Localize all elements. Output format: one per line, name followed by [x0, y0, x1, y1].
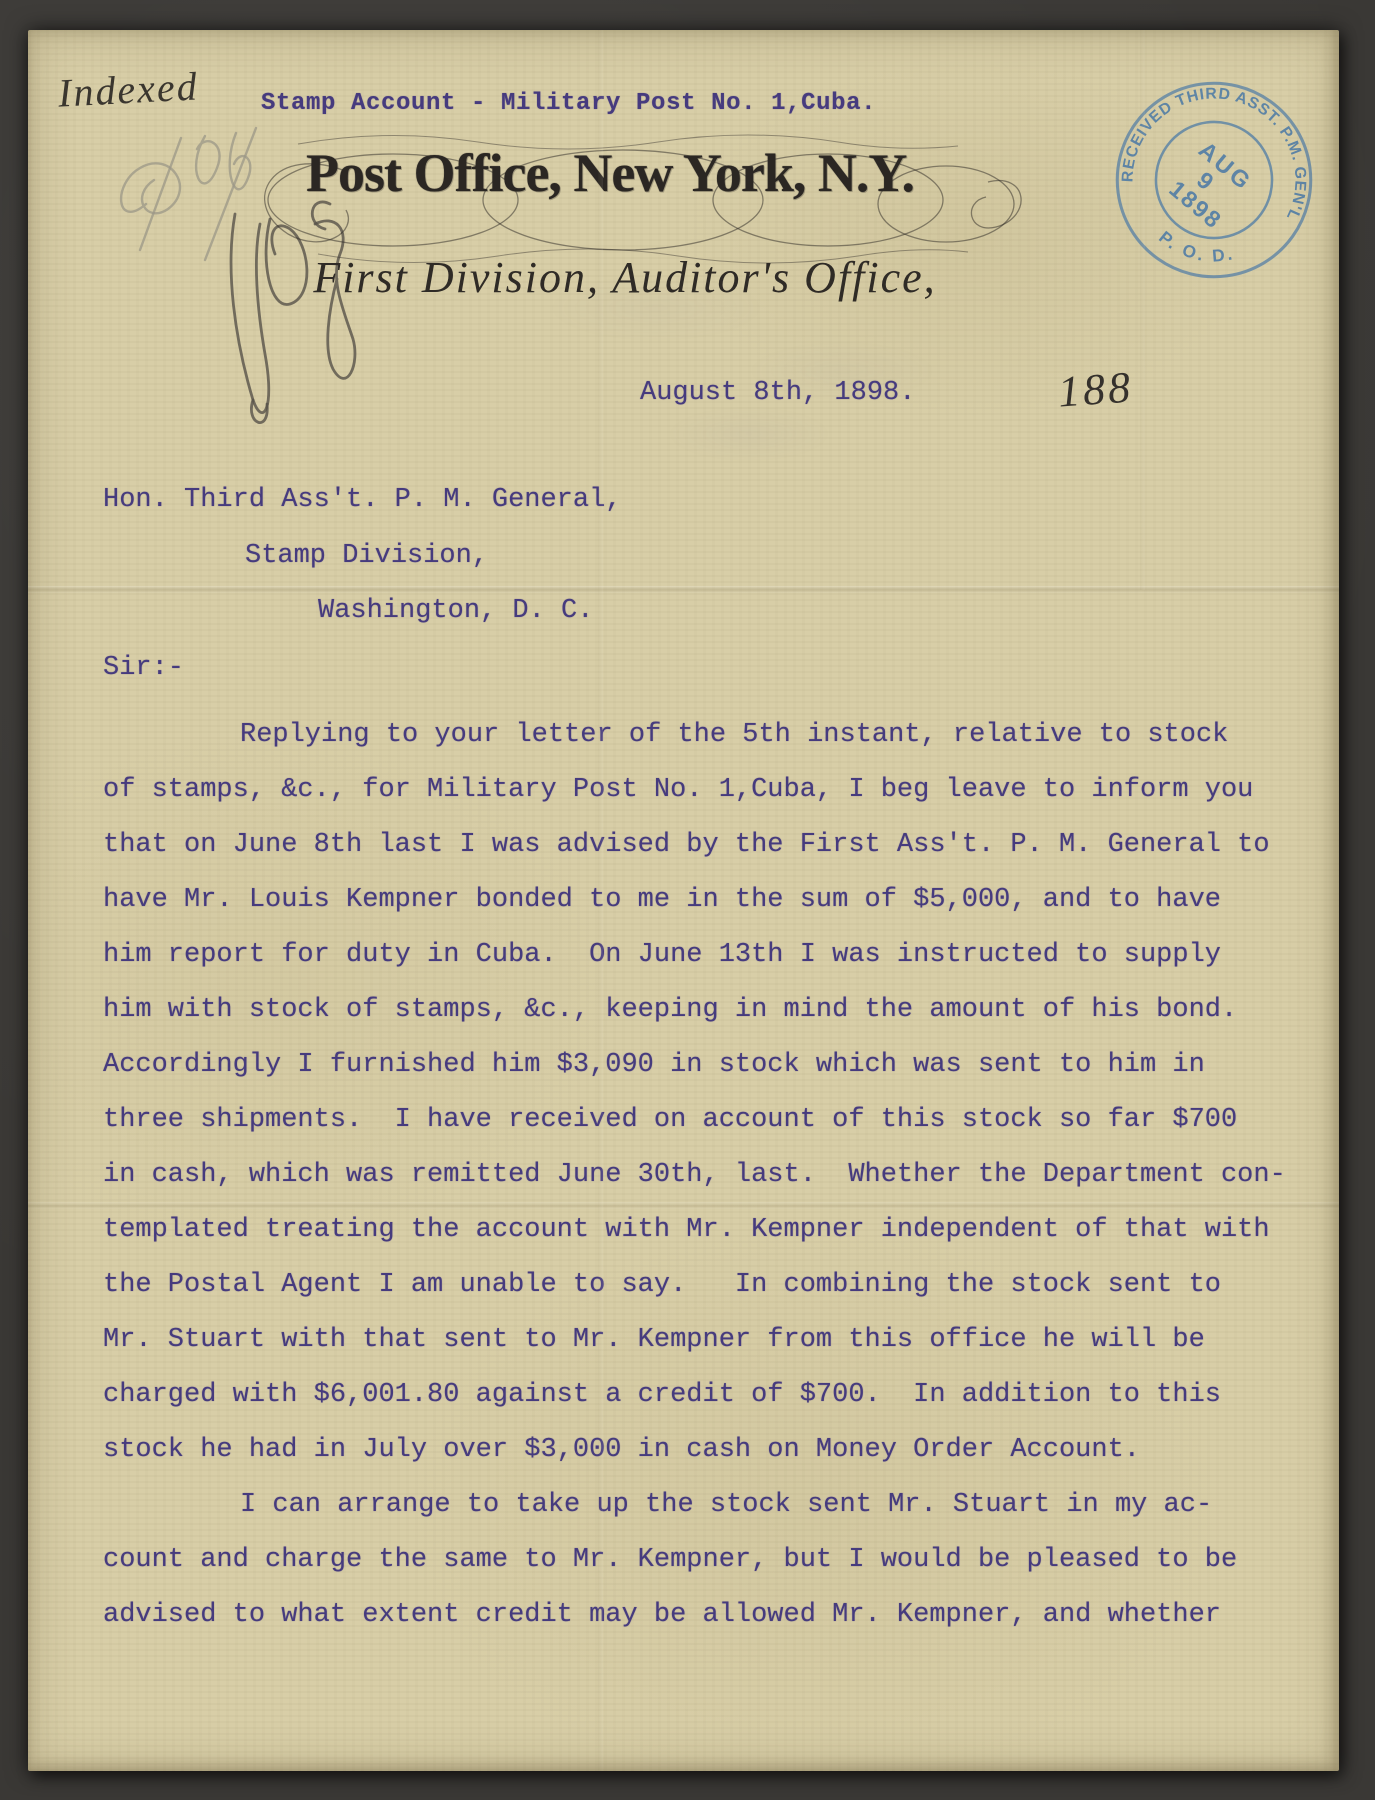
typed-line: three shipments. I have received on acco… [103, 1093, 1318, 1148]
letter-paper: Indexed Stamp Account - Military Post No… [28, 30, 1339, 1771]
recipient-line-3: Washington, D. C. [318, 596, 593, 626]
typed-line: templated treating the account with Mr. … [103, 1203, 1318, 1258]
fold-crease-horizontal-upper [28, 586, 1339, 593]
subject-line: Stamp Account - Military Post No. 1,Cuba… [261, 90, 876, 117]
typed-line: charged with $6,001.80 against a credit … [103, 1368, 1318, 1423]
typed-line: that on June 8th last I was advised by t… [103, 818, 1318, 873]
typed-line: Replying to your letter of the 5th insta… [103, 708, 1318, 763]
salutation: Sir:- [103, 653, 184, 683]
typed-line: I can arrange to take up the stock sent … [103, 1478, 1318, 1533]
typed-line: stock he had in July over $3,000 in cash… [103, 1423, 1318, 1478]
date-line: August 8th, 1898. [640, 378, 915, 408]
recipient-line-2: Stamp Division, [245, 541, 488, 571]
typed-line: Accordingly I furnished him $3,090 in st… [103, 1038, 1318, 1093]
year-blank: 188 [1056, 361, 1134, 417]
scan-background: { "colors": { "paper": "#d8cea7", "backg… [0, 0, 1375, 1800]
letterhead-subtitle: First Division, Auditor's Office, [305, 252, 945, 303]
typed-line: him with stock of stamps, &c., keeping i… [103, 983, 1318, 1038]
typed-line: have Mr. Louis Kempner bonded to me in t… [103, 873, 1318, 928]
typed-line: of stamps, &c., for Military Post No. 1,… [103, 763, 1318, 818]
typed-line: advised to what extent credit may be all… [103, 1588, 1318, 1643]
letter-body: Replying to your letter of the 5th insta… [103, 708, 1318, 1643]
typed-line: Mr. Stuart with that sent to Mr. Kempner… [103, 1313, 1318, 1368]
svg-text:P. O. D.: P. O. D. [1153, 225, 1241, 274]
stamp-arc-bottom-text: P. O. D. [1153, 225, 1241, 274]
letterhead-title: Post Office, New York, N.Y. [230, 142, 990, 204]
recipient-line-1: Hon. Third Ass't. P. M. General, [103, 485, 621, 515]
typed-line: in cash, which was remitted June 30th, l… [103, 1148, 1318, 1203]
typed-line: count and charge the same to Mr. Kempner… [103, 1533, 1318, 1588]
received-stamp: RECEIVED THIRD ASST. P.M. GEN'L P. O. D.… [1078, 44, 1339, 316]
typed-line: him report for duty in Cuba. On June 13t… [103, 928, 1318, 983]
typed-line: the Postal Agent I am unable to say. In … [103, 1258, 1318, 1313]
